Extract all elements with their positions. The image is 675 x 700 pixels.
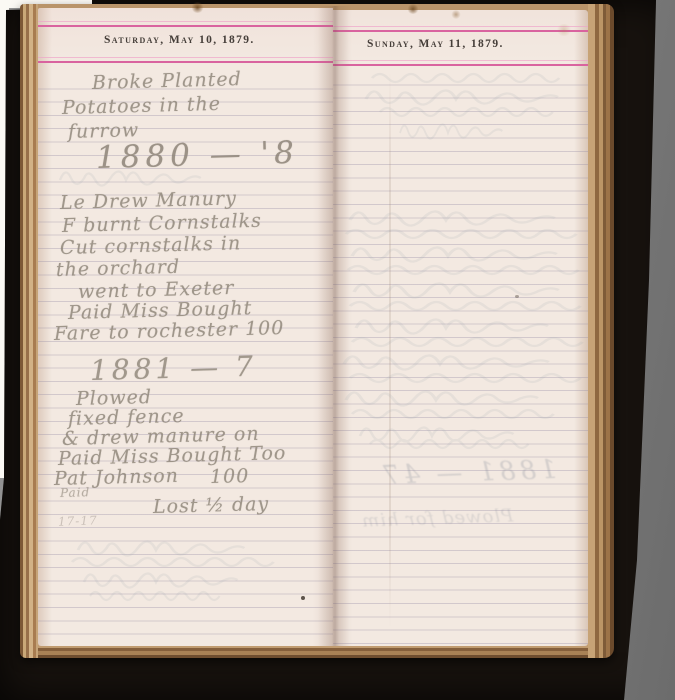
pink-header-rule [333,60,588,67]
ruled-lines [333,72,588,646]
faint-margin-note: 17-17 [58,513,98,528]
handwritten-year-heading: 1881 — 7 [90,350,258,387]
handwritten-amount: 100 [210,465,250,488]
page-header-date-right: Sunday, May 11, 1879. [367,38,504,50]
handwritten-year-heading: 1880 — '8 [96,135,300,176]
diary-page-left: Saturday, May 10, 1879. Broke Planted Po… [38,8,333,646]
ghost-showthrough-year: 1881 — 47 [379,455,558,491]
diary-scan: Saturday, May 10, 1879. Broke Planted Po… [0,0,675,700]
pink-header-rule [38,21,333,28]
handwritten-entry: Paid [60,485,91,500]
handwritten-entry: Potatoes in the [62,93,222,119]
diary-page-right: Sunday, May 11, 1879. 1881 — 47 Plowed f… [333,10,588,646]
pink-header-rule [333,26,588,33]
page-header-date-left: Saturday, May 10, 1879. [104,34,255,46]
handwritten-entry: Le Drew Manury [60,187,237,214]
handwritten-entry: Lost ½ day [153,493,270,518]
pink-header-rule [38,57,333,64]
handwritten-entry: the orchard [56,256,181,281]
handwritten-entry: Broke Planted [92,68,242,94]
